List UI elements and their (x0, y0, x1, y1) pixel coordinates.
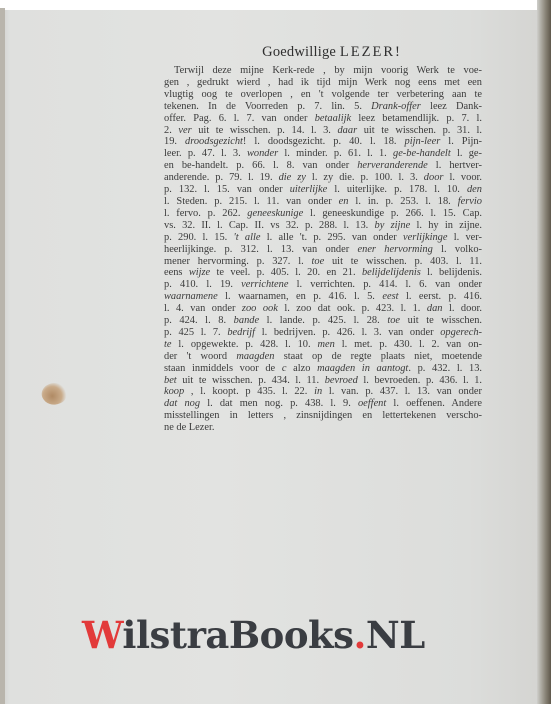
text-segment: leez Dank- (421, 101, 482, 112)
watermark-middle: ilstraBooks (122, 613, 353, 657)
italic-erratum: ener hervorming (358, 244, 433, 255)
italic-erratum: bet (164, 375, 177, 386)
text-line: l. fervo. p. 262. geneeskunige l. genees… (164, 208, 482, 220)
text-line: staan inmiddels voor de c alzo maagden i… (164, 363, 482, 375)
text-line: offer. Pag. 6. l. 7. van onder betaalijk… (164, 113, 482, 125)
text-line: p. 410. l. 19. verrichtene l. verrichten… (164, 279, 482, 291)
text-segment: l. opgewekte. p. 428. l. 10. (172, 339, 318, 350)
text-segment: , l. koopt. p 435. l. 22. (184, 386, 314, 397)
italic-erratum: dan (427, 303, 443, 314)
text-segment: uit te wisschen. (400, 315, 482, 326)
italic-erratum: dat nog (164, 398, 200, 409)
italic-erratum: opgerech- (440, 327, 482, 338)
italic-erratum: eest (382, 291, 398, 302)
text-line: heerlijkinge. p. 312. l. 13. van onder e… (164, 244, 482, 256)
text-line: p. 424. l. 8. bande l. lande. p. 425. l.… (164, 315, 482, 327)
text-segment: leez betamendlijk. p. 7. l. (351, 113, 482, 124)
text-segment: l. belijdenis. (421, 267, 482, 278)
text-segment: l. eerst. p. 416. (399, 291, 483, 302)
italic-erratum: uiterlijke (290, 184, 328, 195)
text-segment: l. alle 't. p. 295. van onder (260, 232, 403, 243)
text-segment: alzo (286, 363, 317, 374)
italic-erratum: verrichtene (241, 279, 288, 290)
text-segment: heerlijkinge. p. 312. l. 13. van onder (164, 244, 358, 255)
text-segment: anderende. p. 79. l. 19. (164, 172, 279, 183)
text-line: tekenen. In de Voorreden p. 7. lin. 5. D… (164, 101, 482, 113)
text-segment: l. bevroeden. p. 436. l. 1. (358, 375, 482, 386)
italic-erratum: zoo ook (242, 303, 278, 314)
text-segment: l. ge- (451, 148, 482, 159)
text-segment: l. in. p. 253. l. 18. (348, 196, 457, 207)
page-left-edge (0, 8, 5, 704)
text-line: l. Steden. p. 215. l. 11. van onder en l… (164, 196, 482, 208)
text-line: 19. droodsgezicht! l. doodsgezicht. p. 4… (164, 136, 482, 148)
text-segment: staan inmiddels voor de (164, 363, 282, 374)
text-segment: l. minder. p. 61. l. 1. (278, 148, 393, 159)
text-line: p. 290. l. 15. 't alle l. alle 't. p. 29… (164, 232, 482, 244)
text-segment: p. 424. l. 8. (164, 315, 234, 326)
text-segment: 19. (164, 136, 185, 147)
italic-erratum: wonder (247, 148, 278, 159)
watermark-suffix: NL (366, 613, 425, 657)
heading-prefix: Goedwillige (262, 44, 336, 60)
text-segment: l. met. p. 430. l. 2. van on- (335, 339, 482, 350)
text-segment: l. Pijn- (440, 136, 482, 147)
text-line: vs. 32. II. l. Cap. II. vs 32. p. 288. l… (164, 220, 482, 232)
italic-erratum: men (318, 339, 335, 350)
italic-erratum: en (339, 196, 349, 207)
text-segment: uit te wisschen. p. 31. l. (357, 125, 482, 136)
text-segment: staat op de regte plaats niet, moetende (274, 351, 482, 362)
italic-erratum: bande (234, 315, 259, 326)
text-line: bet uit te wisschen. p. 434. l. 11. bevr… (164, 375, 482, 387)
text-segment: mener hervorming. p. 327. l. (164, 256, 311, 267)
italic-erratum: ver (178, 125, 191, 136)
italic-erratum: den (467, 184, 482, 195)
text-segment: ! l. doodsgezicht. p. 40. l. 18. (243, 136, 405, 147)
scan-top-border (0, 0, 551, 10)
text-segment: eens (164, 267, 189, 278)
heading-caps: LEZER! (340, 44, 402, 60)
text-segment: 2. (164, 125, 178, 136)
italic-erratum: waarnamene (164, 291, 218, 302)
text-segment: Terwijl deze mijne Kerk-rede , by mijn v… (174, 65, 482, 76)
text-segment: l. verrichten. p. 414. l. 6. van onder (288, 279, 482, 290)
italic-erratum: koop (164, 386, 184, 397)
text-segment: der 't woord (164, 351, 236, 362)
text-segment: vlugtig oog te overlopen , en 't volgend… (164, 89, 482, 100)
text-segment: en be-handelt. p. 66. l. 8. van onder (164, 160, 357, 171)
italic-erratum: pijn-leer (405, 136, 441, 147)
text-segment: l. zy die. p. 100. l. 3. (306, 172, 424, 183)
text-segment: uit te wisschen. p. 434. l. 11. (177, 375, 325, 386)
text-line: p. 132. l. 15. van onder uiterlijke l. u… (164, 184, 482, 196)
text-line: ne de Lezer. (164, 422, 482, 434)
italic-erratum: toe (311, 256, 324, 267)
text-segment: l. geneeskundige p. 266. l. 15. Cap. (303, 208, 482, 219)
text-segment: l. dat men nog. p. 438. l. 9. (200, 398, 358, 409)
text-line: gen , gedrukt wierd , had ik tijd mijn W… (164, 77, 482, 89)
italic-erratum: bevroed (325, 375, 358, 386)
italic-erratum: bedrijf (227, 327, 255, 338)
text-segment: l. hy in zijne. (410, 220, 482, 231)
text-line: misstellingen in letters , zinsnijdingen… (164, 410, 482, 422)
italic-erratum: toe (387, 315, 400, 326)
text-segment: p. 425 l. 7. (164, 327, 227, 338)
italic-erratum: 't alle (234, 232, 261, 243)
italic-erratum: ge-be-handelt (393, 148, 451, 159)
italic-erratum: die zy (279, 172, 306, 183)
text-line: p. 425 l. 7. bedrijf l. bedrijven. p. 42… (164, 327, 482, 339)
text-line: der 't woord maagden staat op de regte p… (164, 351, 482, 363)
foxing-stain (38, 379, 69, 409)
page-heading: Goedwillige LEZER! (182, 44, 482, 61)
text-segment: l. ver- (447, 232, 482, 243)
scanned-book-page: Goedwillige LEZER! Terwijl deze mijne Ke… (0, 0, 551, 704)
errata-text-block: Goedwillige LEZER! Terwijl deze mijne Ke… (164, 44, 482, 434)
text-line: koop , l. koopt. p 435. l. 22. in l. van… (164, 386, 482, 398)
text-segment: l. lande. p. 425. l. 28. (259, 315, 387, 326)
text-segment: . p. 432. l. 13. (408, 363, 482, 374)
text-segment: l. volko- (433, 244, 482, 255)
italic-erratum: herveranderende (357, 160, 428, 171)
watermark-initial: W (82, 613, 122, 657)
text-segment: te veel. p. 405. l. 20. en 21. (210, 267, 362, 278)
italic-erratum: Drank-offer (371, 101, 421, 112)
book-spine-edge (537, 0, 551, 704)
text-line: 2. ver uit te wisschen. p. 14. l. 3. daa… (164, 125, 482, 137)
watermark-dot: . (354, 613, 366, 657)
text-segment: vs. 32. II. l. Cap. II. vs 32. p. 288. l… (164, 220, 375, 231)
text-segment: ne de Lezer. (164, 422, 214, 433)
text-line: leer. p. 47. l. 3. wonder l. minder. p. … (164, 148, 482, 160)
text-segment: l. Steden. p. 215. l. 11. van onder (164, 196, 339, 207)
italic-erratum: by zijne (375, 220, 411, 231)
text-segment: l. bedrijven. p. 426. l. 3. van onder (255, 327, 440, 338)
text-segment: gen , gedrukt wierd , had ik tijd mijn W… (164, 77, 482, 88)
italic-erratum: in (314, 386, 322, 397)
italic-erratum: verlijkinge (403, 232, 447, 243)
italic-erratum: droodsgezicht (185, 136, 243, 147)
text-segment: l. door. (442, 303, 482, 314)
text-segment: l. oeffenen. Andere (386, 398, 482, 409)
italic-erratum: belijdelijdenis (362, 267, 421, 278)
wilstrabooks-watermark: WilstraBooks.NL (82, 613, 425, 657)
text-segment: tekenen. In de Voorreden p. 7. lin. 5. (164, 101, 371, 112)
text-line: eens wijze te veel. p. 405. l. 20. en 21… (164, 267, 482, 279)
text-segment: uit te wisschen. p. 403. l. 11. (324, 256, 482, 267)
text-segment: l. hertver- (428, 160, 482, 171)
text-line: l. 4. van onder zoo ook l. zoo dat ook. … (164, 303, 482, 315)
text-line: en be-handelt. p. 66. l. 8. van onder he… (164, 160, 482, 172)
italic-erratum: fervio (458, 196, 482, 207)
italic-erratum: wijze (189, 267, 210, 278)
text-segment: l. uiterlijke. p. 178. l. 10. (327, 184, 467, 195)
text-line: mener hervorming. p. 327. l. toe uit te … (164, 256, 482, 268)
text-segment: l. waarnamen, en p. 416. l. 5. (218, 291, 383, 302)
text-segment: leer. p. 47. l. 3. (164, 148, 247, 159)
text-segment: p. 132. l. 15. van onder (164, 184, 290, 195)
errata-lines: Terwijl deze mijne Kerk-rede , by mijn v… (164, 65, 482, 434)
text-segment: l. voor. (443, 172, 482, 183)
italic-erratum: betaalijk (315, 113, 351, 124)
italic-erratum: te (164, 339, 172, 350)
text-segment: misstellingen in letters , zinsnijdingen… (164, 410, 482, 421)
text-segment: offer. Pag. 6. l. 7. van onder (164, 113, 315, 124)
text-line: te l. opgewekte. p. 428. l. 10. men l. m… (164, 339, 482, 351)
text-segment: l. zoo dat ook. p. 423. l. 1. (278, 303, 427, 314)
text-segment: p. 290. l. 15. (164, 232, 234, 243)
italic-erratum: daar (337, 125, 357, 136)
text-segment: l. fervo. p. 262. (164, 208, 247, 219)
italic-erratum: maagden in aantogt (317, 363, 408, 374)
italic-erratum: door (424, 172, 444, 183)
text-line: Terwijl deze mijne Kerk-rede , by mijn v… (164, 65, 482, 77)
text-segment: l. van. p. 437. l. 13. van onder (322, 386, 482, 397)
text-line: vlugtig oog te overlopen , en 't volgend… (164, 89, 482, 101)
text-line: anderende. p. 79. l. 19. die zy l. zy di… (164, 172, 482, 184)
text-segment: l. 4. van onder (164, 303, 242, 314)
text-segment: uit te wisschen. p. 14. l. 3. (192, 125, 338, 136)
italic-erratum: maagden (236, 351, 274, 362)
italic-erratum: oeffent (358, 398, 386, 409)
text-segment: p. 410. l. 19. (164, 279, 241, 290)
text-line: waarnamene l. waarnamen, en p. 416. l. 5… (164, 291, 482, 303)
italic-erratum: geneeskunige (247, 208, 303, 219)
text-line: dat nog l. dat men nog. p. 438. l. 9. oe… (164, 398, 482, 410)
